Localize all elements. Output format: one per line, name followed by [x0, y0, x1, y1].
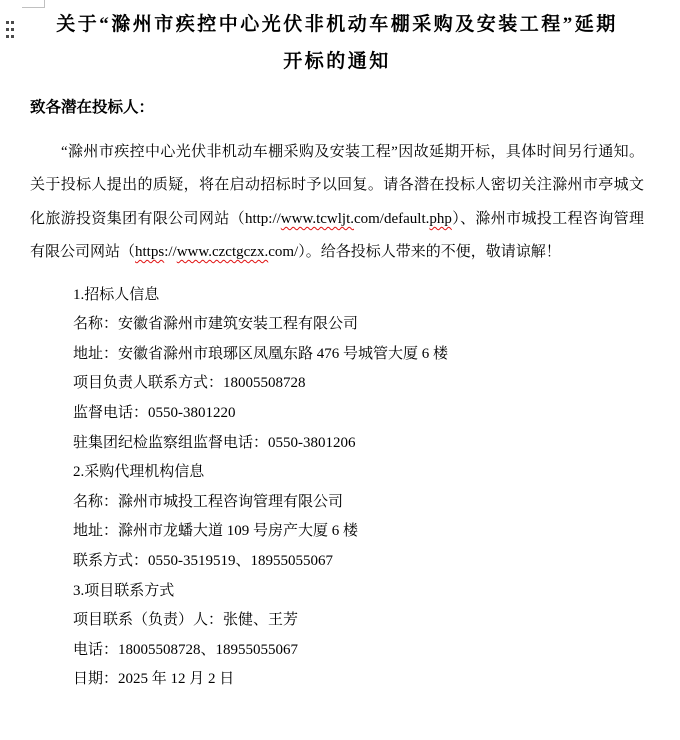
- info-line: 名称：安徽省滁州市建筑安装工程有限公司: [73, 310, 644, 340]
- info-line: 地址：滁州市龙蟠大道 109 号房产大厦 6 楼: [73, 517, 644, 547]
- url-text: com/: [268, 244, 298, 260]
- document-body: 关于“滁州市疾控中心光伏非机动车棚采购及安装工程”延期 开标的通知 致各潜在投标…: [0, 6, 680, 695]
- info-line: 电话：18005508728、18955055067: [73, 636, 644, 666]
- url-text: http://: [245, 211, 281, 227]
- document-title-line1: 关于“滁州市疾控中心光伏非机动车棚采购及安装工程”延期: [30, 6, 644, 43]
- salutation: 致各潜在投标人：: [30, 97, 644, 119]
- document-title: 关于“滁州市疾控中心光伏非机动车棚采购及安装工程”延期 开标的通知: [30, 6, 644, 80]
- info-line: 日期：2025 年 12 月 2 日: [73, 665, 644, 695]
- info-section: 1.招标人信息 名称：安徽省滁州市建筑安装工程有限公司 地址：安徽省滁州市琅琊区…: [30, 281, 644, 695]
- url-text-misspelled: https: [135, 244, 164, 260]
- info-line: 项目联系（负责）人：张健、王芳: [73, 606, 644, 636]
- drag-handle-icon[interactable]: [6, 21, 14, 38]
- page-margin-crop-mark: [22, 0, 45, 8]
- url-text-misspelled: php: [429, 211, 452, 227]
- url-text-misspelled: www.tcwljt.: [281, 211, 354, 227]
- url-text: ://: [164, 244, 177, 260]
- url-text-misspelled: www.czctgczx.: [177, 244, 268, 260]
- section-heading: 2.采购代理机构信息: [73, 458, 644, 488]
- paragraph-text: ）。给各投标人带来的不便，敬请谅解！: [298, 244, 561, 260]
- section-heading: 3.项目联系方式: [73, 577, 644, 607]
- info-line: 项目负责人联系方式：18005508728: [73, 369, 644, 399]
- info-line: 联系方式：0550-3519519、18955055067: [73, 547, 644, 577]
- url-text: com/default.: [354, 211, 429, 227]
- section-heading: 1.招标人信息: [73, 281, 644, 311]
- info-line: 驻集团纪检监察组监督电话：0550-3801206: [73, 429, 644, 459]
- info-line: 名称：滁州市城投工程咨询管理有限公司: [73, 488, 644, 518]
- info-line: 监督电话：0550-3801220: [73, 399, 644, 429]
- document-page: 关于“滁州市疾控中心光伏非机动车棚采购及安装工程”延期 开标的通知 致各潜在投标…: [0, 0, 680, 740]
- info-line: 地址：安徽省滁州市琅琊区凤凰东路 476 号城管大厦 6 楼: [73, 340, 644, 370]
- document-title-line2: 开标的通知: [30, 43, 644, 80]
- notice-paragraph: “滁州市疾控中心光伏非机动车棚采购及安装工程”因故延期开标，具体时间另行通知。关…: [30, 136, 644, 270]
